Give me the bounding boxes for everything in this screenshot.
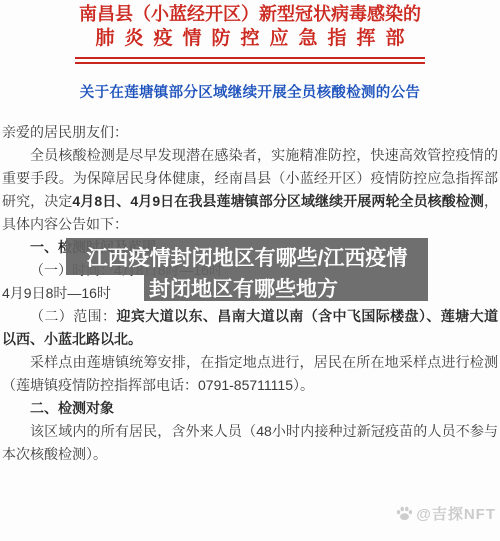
caption-overlay-line1: 江西疫情封闭地区有哪些/江西疫情 — [66, 238, 428, 275]
caption-overlay-line2: 封闭地区有哪些地方 — [144, 275, 428, 301]
letterhead-double-rule — [75, 57, 425, 64]
announcement-subject: 关于在莲塘镇部分区域继续开展全员核酸检测的公告 — [0, 84, 500, 102]
watermark: @吉探NFT — [396, 503, 496, 524]
test-subjects-paragraph: 该区域内的所有居民，含外来人员（48小时内接种过新冠疫苗的人员不参与本次核酸检测… — [2, 420, 498, 466]
watermark-text: @吉探NFT — [416, 503, 496, 524]
paw-icon — [396, 505, 413, 522]
test-scope-paragraph: （二）范围：迎宾大道以东、昌南大道以南（含中飞国际楼盘）、莲塘大道以西、小蓝北路… — [2, 305, 498, 351]
sampling-paragraph: 采样点由莲塘镇统筹安排，在指定地点进行，居民在所在地采样点进行检测（莲塘镇疫情防… — [2, 351, 498, 397]
section2-heading: 二、检测对象 — [2, 397, 498, 420]
letterhead-title-line2: 肺炎疫情防控应急指挥部 — [0, 26, 500, 52]
letterhead: 南昌县（小蓝经开区）新型冠状病毒感染的 肺炎疫情防控应急指挥部 — [0, 0, 500, 64]
salutation: 亲爱的居民朋友们： — [2, 121, 498, 144]
caption-overlay: 江西疫情封闭地区有哪些/江西疫情 封闭地区有哪些地方 — [66, 238, 428, 301]
intro-paragraph: 全员核酸检测是尽早发现潜在感染者，实施精准防控，快速高效管控疫情的重要手段。为保… — [2, 144, 498, 236]
announcement-document: 南昌县（小蓝经开区）新型冠状病毒感染的 肺炎疫情防控应急指挥部 关于在莲塘镇部分… — [0, 0, 500, 541]
letterhead-title-line1: 南昌县（小蓝经开区）新型冠状病毒感染的 — [0, 3, 500, 26]
